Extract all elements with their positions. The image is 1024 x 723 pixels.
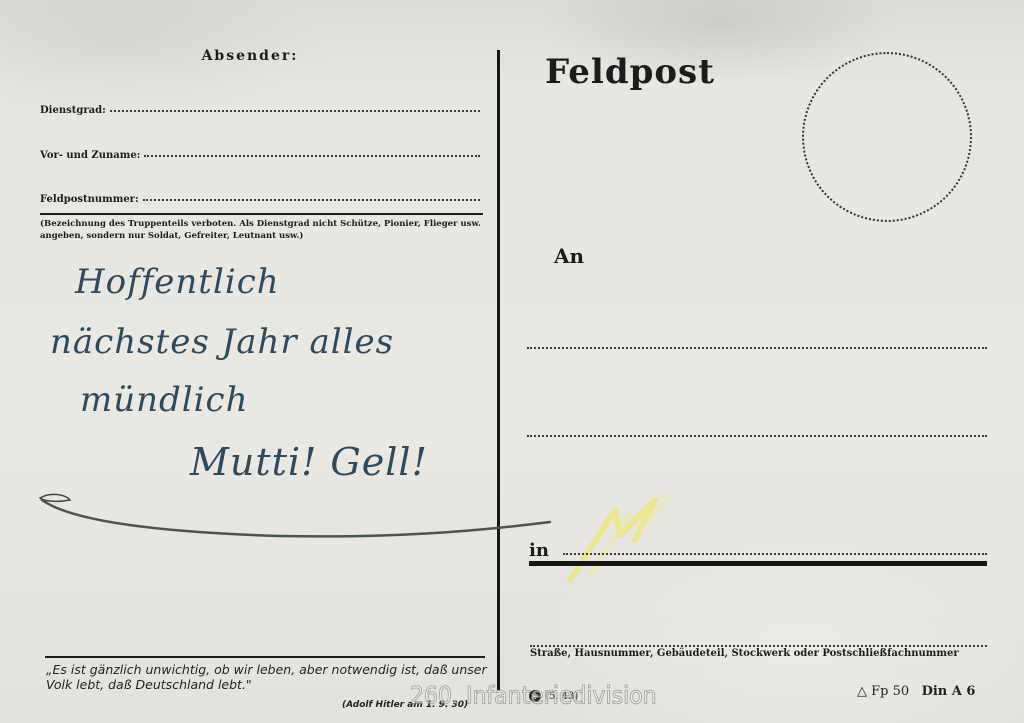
pencil-underline-icon <box>30 490 560 550</box>
sender-rule <box>40 213 483 215</box>
field-label: Dienstgrad: <box>40 105 110 116</box>
vertical-divider <box>497 50 500 690</box>
triangle-icon: △ <box>857 684 867 699</box>
recipient-label: An <box>554 244 584 268</box>
field-dienstgrad[interactable]: Dienstgrad: <box>40 100 480 116</box>
dotted-entry-line <box>143 199 480 201</box>
field-label: Feldpostnummer: <box>40 194 143 205</box>
quote-rule <box>45 656 485 658</box>
handwritten-line: Hoffentlich <box>75 262 280 302</box>
postmark-circle <box>802 52 972 222</box>
dotted-entry-line <box>144 155 480 157</box>
handwritten-line: mündlich <box>80 380 249 420</box>
address-line-1[interactable] <box>527 347 987 349</box>
sender-title: Absender: <box>0 48 500 64</box>
highlighter-mark-icon <box>560 480 720 590</box>
field-feldpostnummer[interactable]: Feldpostnummer: <box>40 189 480 205</box>
postcard: Absender: Dienstgrad: Vor- und Zuname: F… <box>0 0 1024 723</box>
address-line-2[interactable] <box>527 435 987 437</box>
form-code: △ Fp 50 Din A 6 <box>857 684 975 699</box>
street-entry-line[interactable] <box>530 645 987 647</box>
city-label: in <box>529 540 549 561</box>
city-rule <box>529 561 987 566</box>
street-label: Straße, Hausnummer, Gebäudeteil, Stockwe… <box>530 648 959 659</box>
handwritten-line: Mutti! Gell! <box>190 440 428 484</box>
din-format: Din A 6 <box>922 684 976 699</box>
city-entry-line[interactable] <box>563 553 987 555</box>
field-name[interactable]: Vor- und Zuname: <box>40 145 480 161</box>
field-label: Vor- und Zuname: <box>40 150 144 161</box>
sender-notice: (Bezeichnung des Truppenteils verboten. … <box>40 218 490 242</box>
handwritten-line: nächstes Jahr alles <box>50 322 394 362</box>
watermark: 260. Infanteriedivision <box>410 683 657 711</box>
form-number: Fp 50 <box>871 684 909 699</box>
feldpost-title: Feldpost <box>545 52 715 92</box>
dotted-entry-line <box>110 110 480 112</box>
